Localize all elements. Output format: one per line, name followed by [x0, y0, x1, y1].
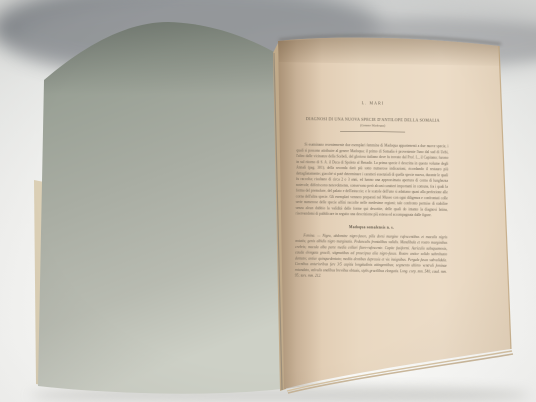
author-line: L. MARI — [297, 100, 449, 106]
page-title: DIAGNOSI DI UNA NUOVA SPECIE D'ANTILOPE … — [297, 116, 449, 122]
title-rule — [340, 131, 405, 132]
latin-diagnosis-paragraph: Femina. — Nigra, abdomine nigro-fusco, p… — [295, 233, 448, 281]
species-heading: Madoqua somalensis n. s. — [295, 224, 447, 230]
intro-paragraph: Si esaminano recentemente due esemplari … — [296, 142, 449, 219]
title-page-text: L. MARI DIAGNOSI DI UNA NUOVA SPECIE D'A… — [295, 100, 449, 281]
photo-background: L. MARI DIAGNOSI DI UNA NUOVA SPECIE D'A… — [0, 0, 536, 402]
page-subtitle: (Genere Madoqua) — [297, 123, 449, 128]
open-booklet-illustration — [0, 0, 536, 402]
